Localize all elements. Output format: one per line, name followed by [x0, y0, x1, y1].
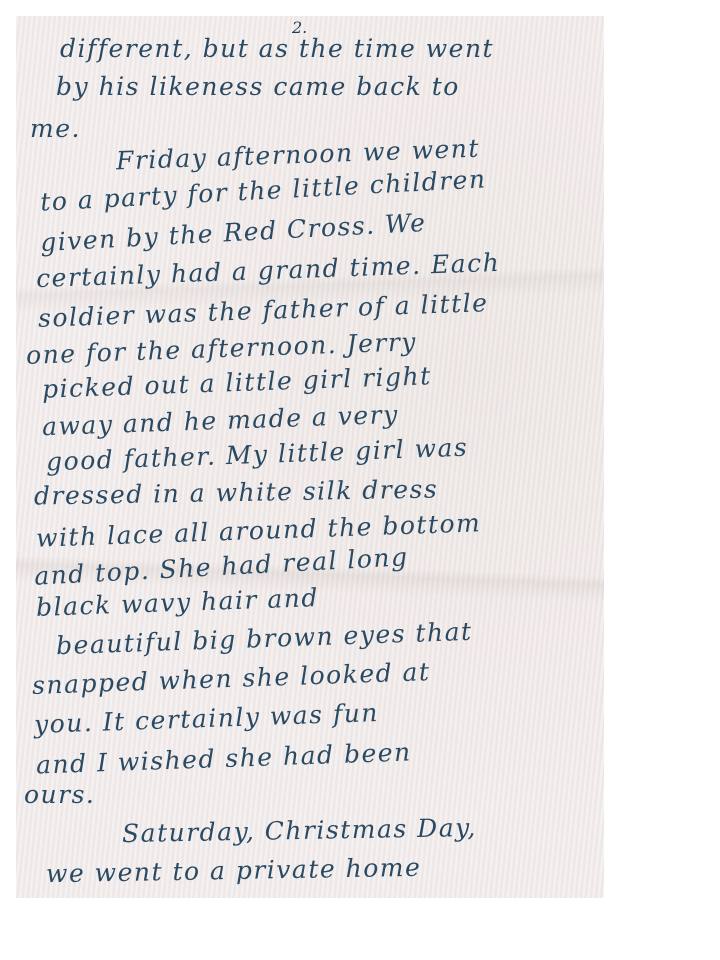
- text-line: Saturday, Christmas Day,: [122, 813, 477, 848]
- text-line: black wavy hair and: [36, 583, 320, 622]
- text-line: snapped when she looked at: [32, 657, 431, 700]
- text-line: away and he made a very: [42, 400, 400, 441]
- text-line: and I wished she had been: [36, 737, 412, 779]
- text-line: beautiful big brown eyes that: [56, 617, 473, 661]
- text-line: certainly had a grand time. Each: [36, 248, 501, 293]
- text-line: ours.: [24, 780, 95, 809]
- text-line: soldier was the father of a little: [38, 288, 489, 333]
- text-line: given by the Red Cross. We: [40, 208, 428, 257]
- text-line: with lace all around the bottom: [36, 508, 482, 553]
- text-line: me.: [30, 114, 81, 143]
- text-line: dressed in a white silk dress: [34, 474, 439, 510]
- letter-page: 2. different, but as the time went by hi…: [16, 16, 604, 898]
- text-line: you. It certainly was fun: [34, 698, 380, 739]
- text-line: we went to a private home: [46, 853, 422, 889]
- text-line: by his likeness came back to: [56, 72, 460, 101]
- text-line: good father. My little girl was: [46, 433, 469, 477]
- text-line: different, but as the time went: [60, 34, 494, 63]
- text-line: picked out a little girl right: [42, 361, 432, 404]
